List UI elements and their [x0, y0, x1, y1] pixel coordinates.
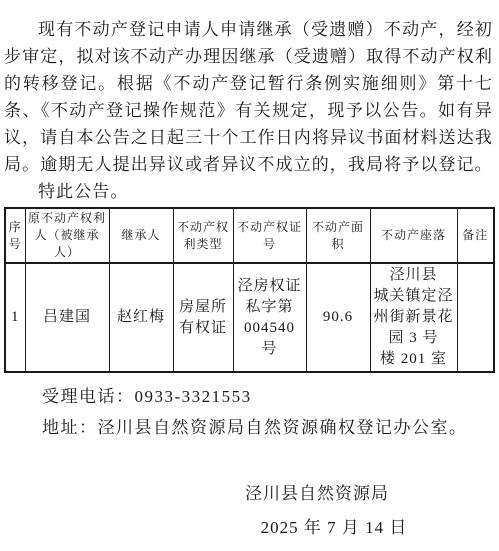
cell-right-type: 房屋所 有权证	[173, 263, 233, 372]
announcement-document: 现有不动产登记申请人申请继承（受遗赠）不动产，经初步审定，拟对该不动产办理因继承…	[0, 0, 499, 551]
col-header-remarks: 备注	[457, 208, 494, 263]
col-header-original-holder: 原不动产权利 人（被继承人）	[25, 208, 109, 263]
address-line: 地址：泾川县自然资源局自然资源确权登记办公室。	[4, 414, 493, 441]
address-value: 泾川县自然资源局自然资源确权登记办公室。	[98, 418, 468, 437]
col-header-seq: 序 号	[5, 208, 25, 263]
col-header-cert-number: 不动产权证 号	[233, 208, 306, 263]
phone-line: 受理电话：0933-3321553	[4, 383, 493, 410]
col-header-location: 不动产座落	[370, 208, 457, 263]
address-label: 地址：	[42, 418, 98, 437]
issue-date: 2025 年 7 月 14 日	[197, 511, 437, 545]
col-header-area: 不动产面 积	[306, 208, 370, 263]
issuer-name: 泾川县自然资源局	[197, 477, 437, 511]
cell-location: 泾川县 城关镇定泾 州街新景花 园 3 号 楼 201 室	[370, 263, 457, 372]
phone-number: 0933-3321553	[135, 387, 252, 406]
col-header-heir: 继承人	[109, 208, 173, 263]
cell-heir: 赵红梅	[109, 263, 173, 372]
cell-cert-number: 泾房权证 私字第 004540 号	[233, 263, 306, 372]
table-row: 1 吕建国 赵红梅 房屋所 有权证 泾房权证 私字第 004540 号 90.6…	[5, 263, 494, 372]
body-paragraph: 现有不动产登记申请人申请继承（受遗赠）不动产，经初步审定，拟对该不动产办理因继承…	[4, 16, 493, 178]
signature-block: 泾川县自然资源局 2025 年 7 月 14 日	[197, 477, 437, 545]
col-header-right-type: 不动产权 利类型	[173, 208, 233, 263]
cell-area: 90.6	[306, 263, 370, 372]
cell-seq: 1	[5, 263, 25, 372]
cell-remarks	[457, 263, 494, 372]
table-header-row: 序 号 原不动产权利 人（被继承人） 继承人 不动产权 利类型 不动产权证 号 …	[5, 208, 494, 263]
cell-original-holder: 吕建国	[25, 263, 109, 372]
registration-table: 序 号 原不动产权利 人（被继承人） 继承人 不动产权 利类型 不动产权证 号 …	[4, 207, 495, 373]
phone-label: 受理电话：	[42, 387, 135, 406]
closing-line: 特此公告。	[4, 178, 493, 205]
